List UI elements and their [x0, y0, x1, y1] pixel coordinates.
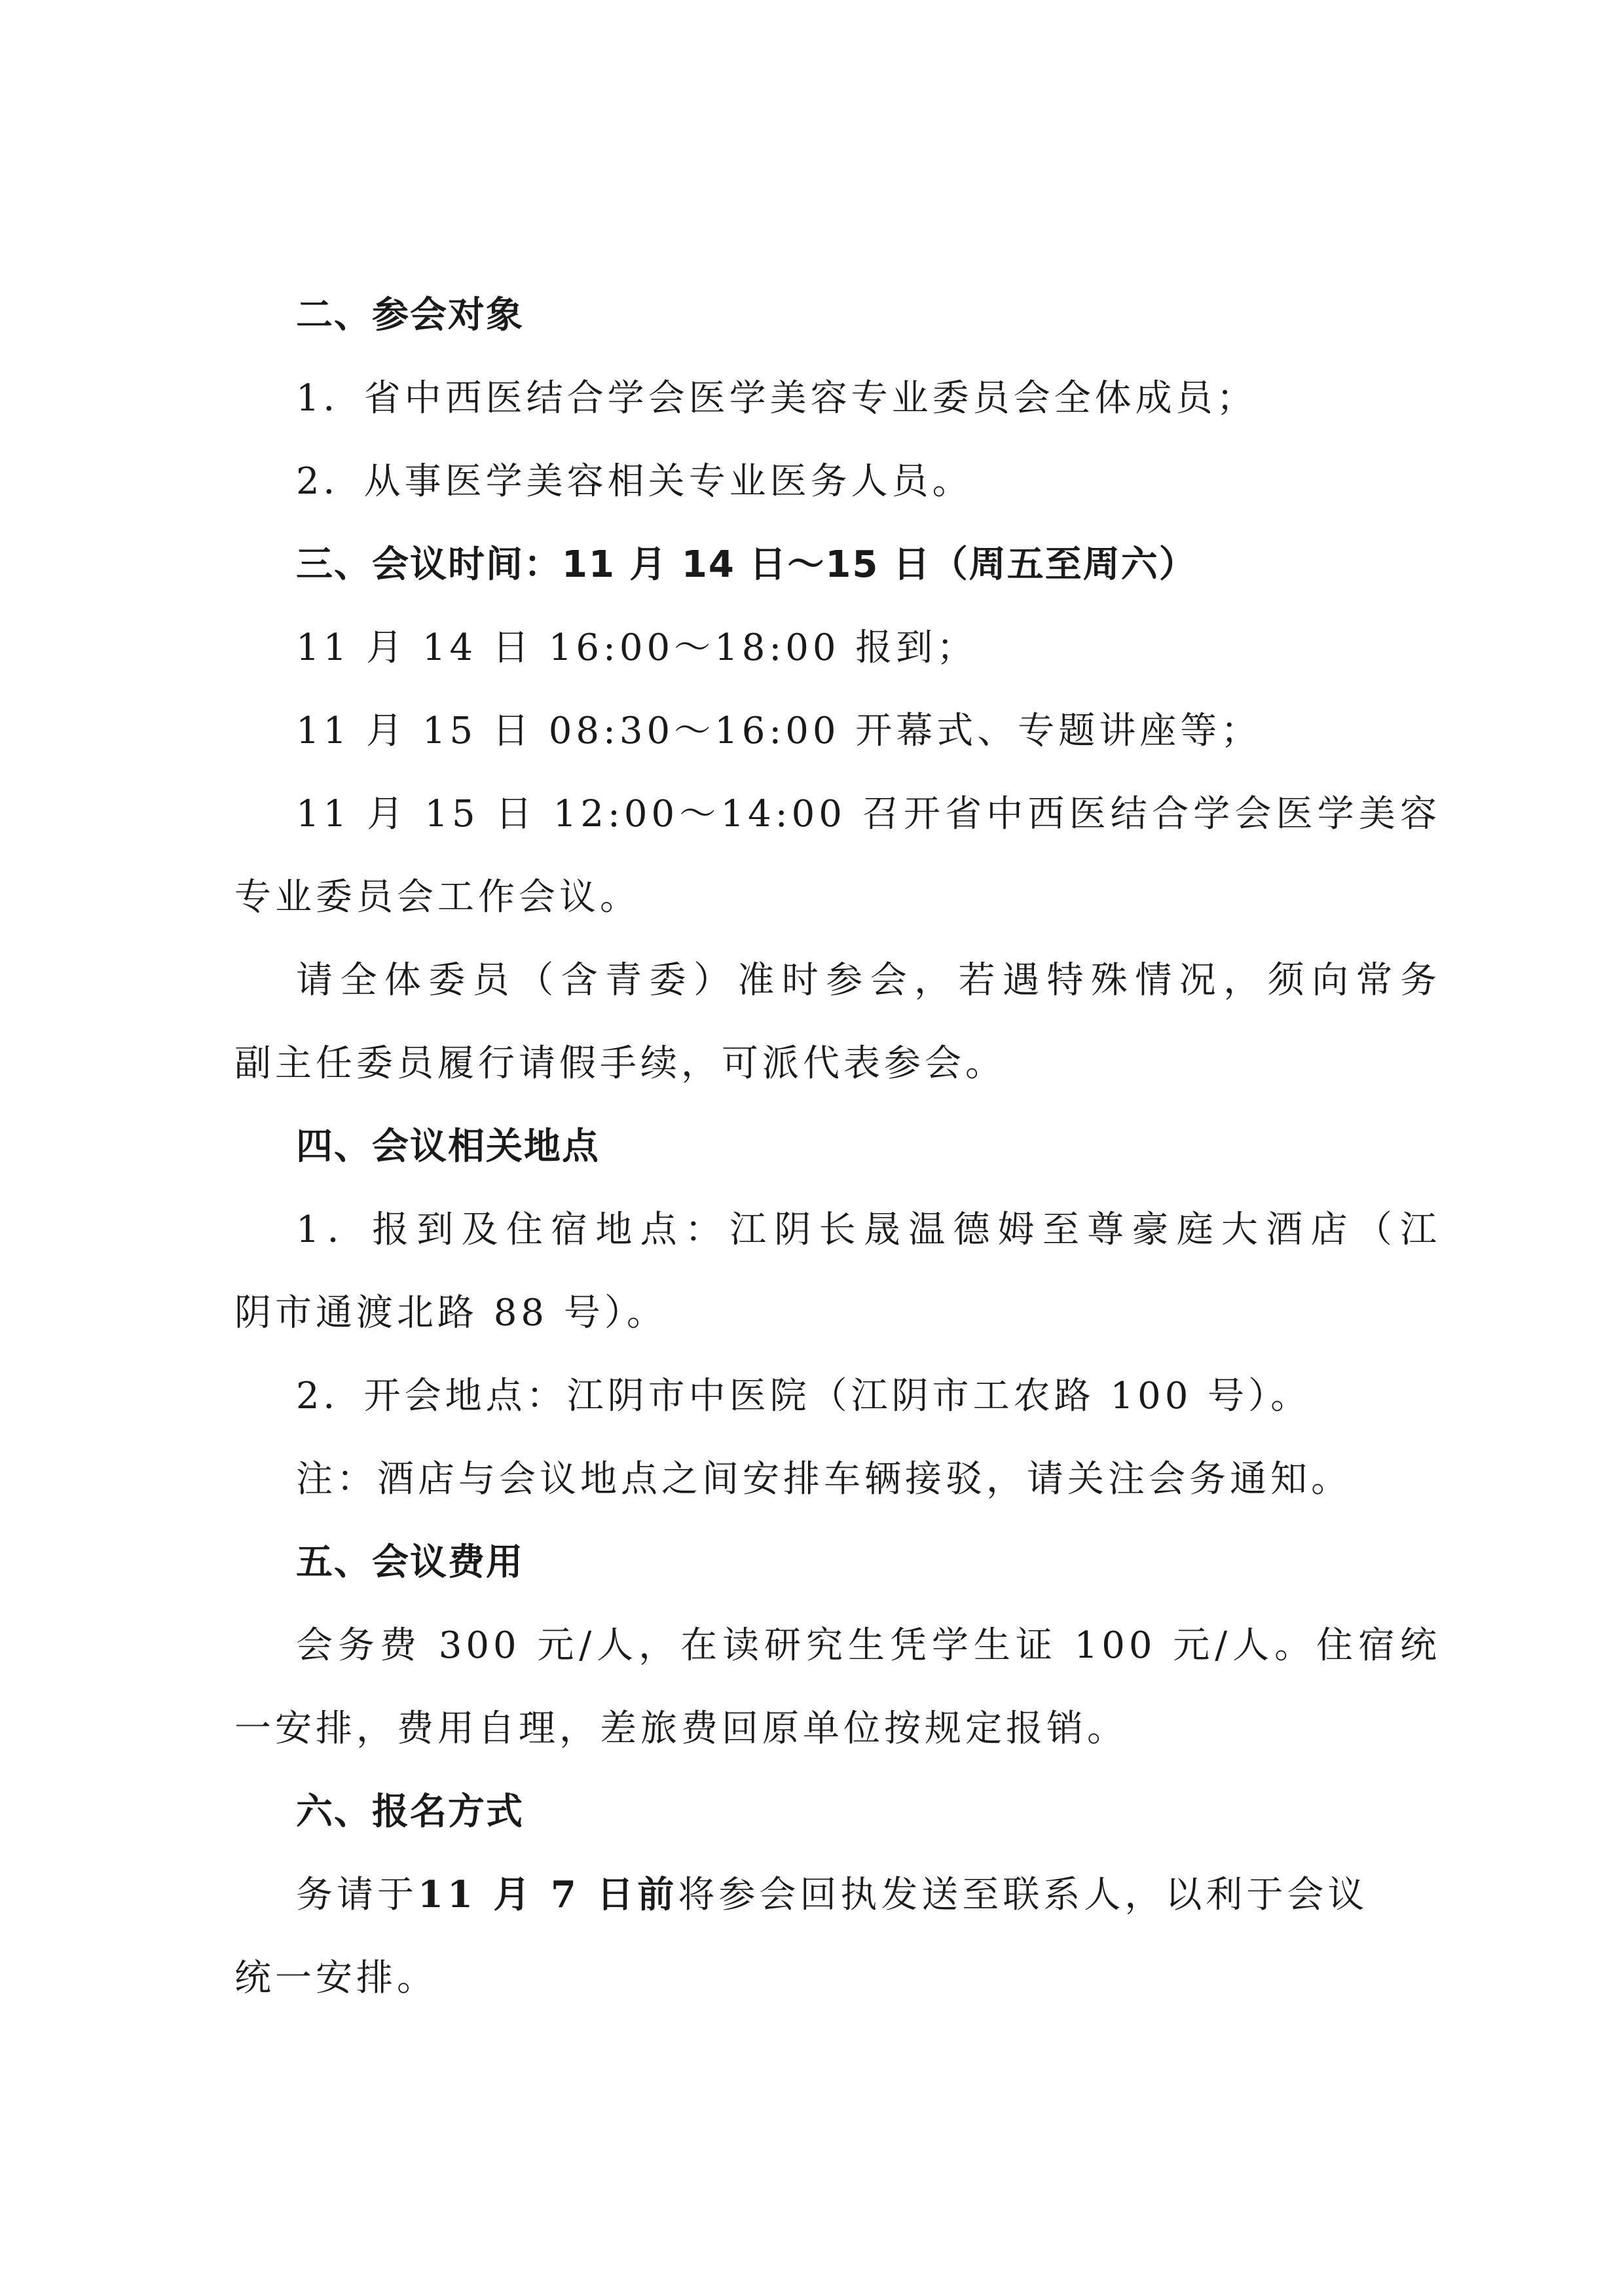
fees-line2: 一安排，费用自理，差旅费回原单位按规定报销。: [234, 1687, 1441, 1770]
schedule-item-3-line2: 专业委员会工作会议。: [234, 856, 1441, 939]
registration-prefix: 务请于: [296, 1874, 418, 1916]
location-item-2: 2．开会地点：江阴市中医院（江阴市工农路 100 号）。: [234, 1355, 1441, 1438]
section-heading-fees: 五、会议费用: [234, 1521, 1441, 1604]
document-page: 二、参会对象 1．省中西医结合学会医学美容专业委员会全体成员； 2．从事医学美容…: [234, 274, 1441, 2020]
schedule-item-1: 11 月 14 日 16:00～18:00 报到；: [234, 606, 1441, 689]
section-heading-participants: 二、参会对象: [234, 274, 1441, 357]
registration-deadline: 11 月 7 日前: [418, 1873, 678, 1916]
attendance-notice-line1: 请全体委员（含青委）准时参会，若遇特殊情况，须向常务: [234, 939, 1441, 1022]
registration-line2: 统一安排。: [234, 1937, 1441, 2020]
schedule-item-2: 11 月 15 日 08:30～16:00 开幕式、专题讲座等；: [234, 689, 1441, 773]
location-note: 注：酒店与会议地点之间安排车辆接驳，请关注会务通知。: [234, 1438, 1441, 1521]
registration-line1: 务请于11 月 7 日前将参会回执发送至联系人，以利于会议: [234, 1853, 1441, 1937]
attendance-notice-line2: 副主任委员履行请假手续，可派代表参会。: [234, 1022, 1441, 1105]
location-item-1-line1: 1．报到及住宿地点：江阴长晟温德姆至尊豪庭大酒店（江: [234, 1188, 1441, 1271]
section-heading-location: 四、会议相关地点: [234, 1105, 1441, 1188]
registration-suffix: 将参会回执发送至联系人，以利于会议: [678, 1874, 1368, 1916]
participant-item-1: 1．省中西医结合学会医学美容专业委员会全体成员；: [234, 357, 1441, 440]
participant-item-2: 2．从事医学美容相关专业医务人员。: [234, 440, 1441, 523]
section-heading-registration: 六、报名方式: [234, 1770, 1441, 1853]
schedule-item-3-line1: 11 月 15 日 12:00～14:00 召开省中西医结合学会医学美容: [234, 773, 1441, 856]
section-heading-time: 三、会议时间：11 月 14 日～15 日（周五至周六）: [234, 523, 1441, 606]
location-item-1-line2: 阴市通渡北路 88 号）。: [234, 1271, 1441, 1355]
fees-line1: 会务费 300 元/人，在读研究生凭学生证 100 元/人。住宿统: [234, 1604, 1441, 1687]
